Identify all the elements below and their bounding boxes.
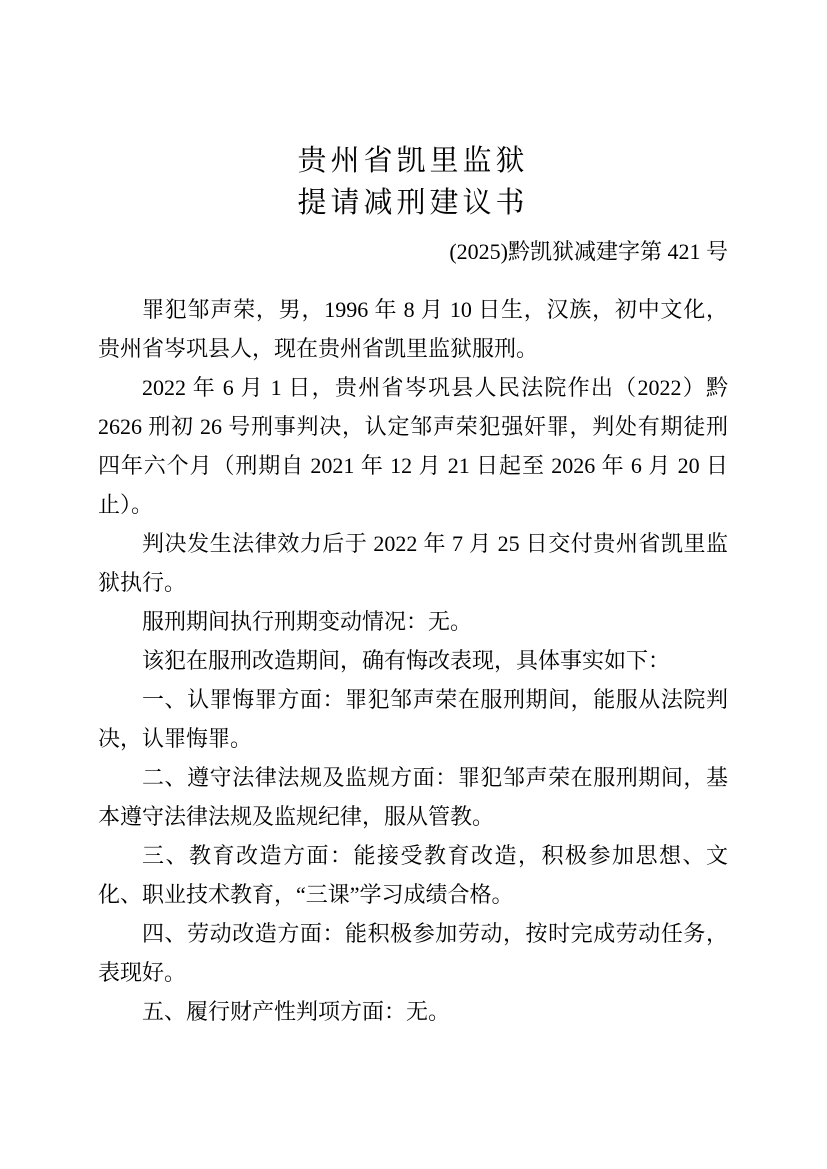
document-page: 贵州省凯里监狱 提请减刑建议书 (2025)黔凯狱减建字第 421 号 罪犯邹声… bbox=[0, 0, 827, 1169]
paragraph-item2-law-compliance: 二、遵守法律法规及监规方面：罪犯邹声荣在服刑期间，基本遵守法律法规及监规纪律，服… bbox=[98, 758, 728, 836]
paragraph-item1-guilt-admission: 一、认罪悔罪方面：罪犯邹声荣在服刑期间，能服从法院判决，认罪悔罪。 bbox=[98, 680, 728, 758]
paragraph-term-change-status: 服刑期间执行刑期变动情况：无。 bbox=[98, 602, 728, 641]
paragraph-reform-intro: 该犯在服刑改造期间，确有悔改表现，具体事实如下： bbox=[98, 641, 728, 680]
document-title-line1: 贵州省凯里监狱 bbox=[98, 140, 728, 182]
document-content: 贵州省凯里监狱 提请减刑建议书 (2025)黔凯狱减建字第 421 号 罪犯邹声… bbox=[98, 0, 728, 1031]
paragraph-item5-property-judgment: 五、履行财产性判项方面：无。 bbox=[98, 992, 728, 1031]
paragraph-item3-education-reform: 三、教育改造方面：能接受教育改造，积极参加思想、文化、职业技术教育，“三课”学习… bbox=[98, 836, 728, 914]
document-title: 贵州省凯里监狱 提请减刑建议书 bbox=[98, 140, 728, 224]
paragraph-delivery-execution: 判决发生法律效力后于 2022 年 7 月 25 日交付贵州省凯里监狱执行。 bbox=[98, 524, 728, 602]
paragraph-original-judgment: 2022 年 6 月 1 日，贵州省岑巩县人民法院作出（2022）黔 2626 … bbox=[98, 368, 728, 524]
paragraph-item4-labor-reform: 四、劳动改造方面：能积极参加劳动，按时完成劳动任务，表现好。 bbox=[98, 914, 728, 992]
document-title-line2: 提请减刑建议书 bbox=[98, 182, 728, 224]
document-number: (2025)黔凯狱减建字第 421 号 bbox=[98, 237, 728, 267]
document-body: 罪犯邹声荣，男，1996 年 8 月 10 日生，汉族，初中文化，贵州省岑巩县人… bbox=[98, 290, 728, 1031]
paragraph-prisoner-info: 罪犯邹声荣，男，1996 年 8 月 10 日生，汉族，初中文化，贵州省岑巩县人… bbox=[98, 290, 728, 368]
